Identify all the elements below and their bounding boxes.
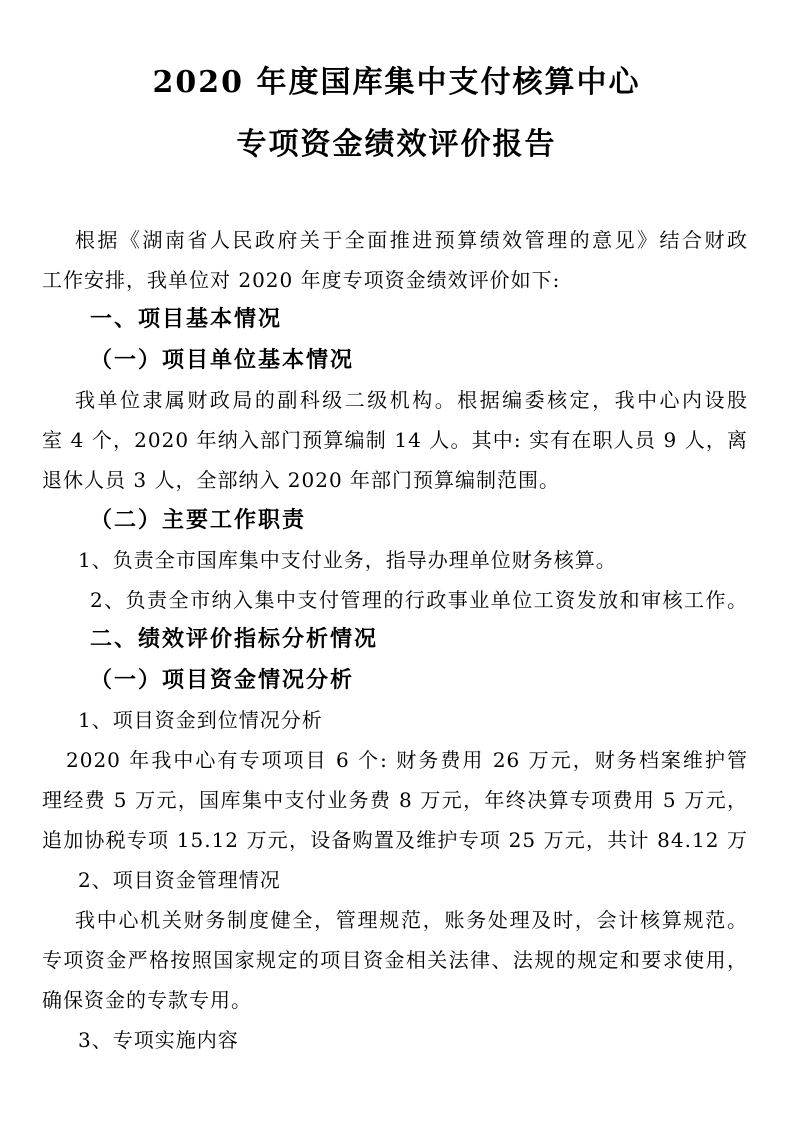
paragraph-line: 专项资金严格按照国家规定的项目资金相关法律、法规的规定和要求使用， (42, 940, 748, 980)
document-page: 2020 年度国库集中支付核算中心 专项资金绩效评价报告 根据《湖南省人民政府关… (0, 0, 793, 1122)
paragraph-line: 根据《湖南省人民政府关于全面推进预算绩效管理的意见》结合财政 (42, 220, 748, 260)
paragraph-line: 退休人员 3 人，全部纳入 2020 年部门预算编制范围。 (42, 460, 748, 500)
subsection-1-1-heading: （一）项目单位基本情况 (42, 340, 748, 380)
paragraph-line: 室 4 个，2020 年纳入部门预算编制 14 人。其中: 实有在职人员 9 人… (42, 420, 748, 460)
document-body: 根据《湖南省人民政府关于全面推进预算绩效管理的意见》结合财政 工作安排，我单位对… (42, 220, 748, 1060)
subsection-1-2-heading: （二）主要工作职责 (42, 500, 748, 540)
subsection-2-1-heading: （一）项目资金情况分析 (42, 660, 748, 700)
document-title-line-1: 2020 年度国库集中支付核算中心 (0, 52, 793, 114)
paragraph-line: 我中心机关财务制度健全，管理规范，账务处理及时，会计核算规范。 (42, 900, 748, 940)
numbered-item-line: 1、负责全市国库集中支付业务，指导办理单位财务核算。 (42, 540, 748, 580)
numbered-item-line: 1、项目资金到位情况分析 (42, 700, 748, 740)
paragraph-line: 理经费 5 万元，国库集中支付业务费 8 万元，年终决算专项费用 5 万元， (42, 780, 748, 820)
numbered-item-line: 2、项目资金管理情况 (42, 860, 748, 900)
paragraph-line: 工作安排，我单位对 2020 年度专项资金绩效评价如下: (42, 260, 748, 300)
paragraph-line: 追加协税专项 15.12 万元，设备购置及维护专项 25 万元，共计 84.12… (42, 820, 748, 860)
document-title: 2020 年度国库集中支付核算中心 专项资金绩效评价报告 (0, 52, 793, 176)
section-2-heading: 二、绩效评价指标分析情况 (42, 620, 748, 660)
paragraph-line: 我单位隶属财政局的副科级二级机构。根据编委核定，我中心内设股 (42, 380, 748, 420)
paragraph-line: 确保资金的专款专用。 (42, 980, 748, 1020)
document-title-line-2: 专项资金绩效评价报告 (0, 114, 793, 176)
paragraph-line: 2020 年我中心有专项项目 6 个: 财务费用 26 万元，财务档案维护管 (42, 740, 748, 780)
numbered-item-line: 2、负责全市纳入集中支付管理的行政事业单位工资发放和审核工作。 (42, 580, 748, 620)
numbered-item-line: 3、专项实施内容 (42, 1020, 748, 1060)
section-1-heading: 一、项目基本情况 (42, 300, 748, 340)
